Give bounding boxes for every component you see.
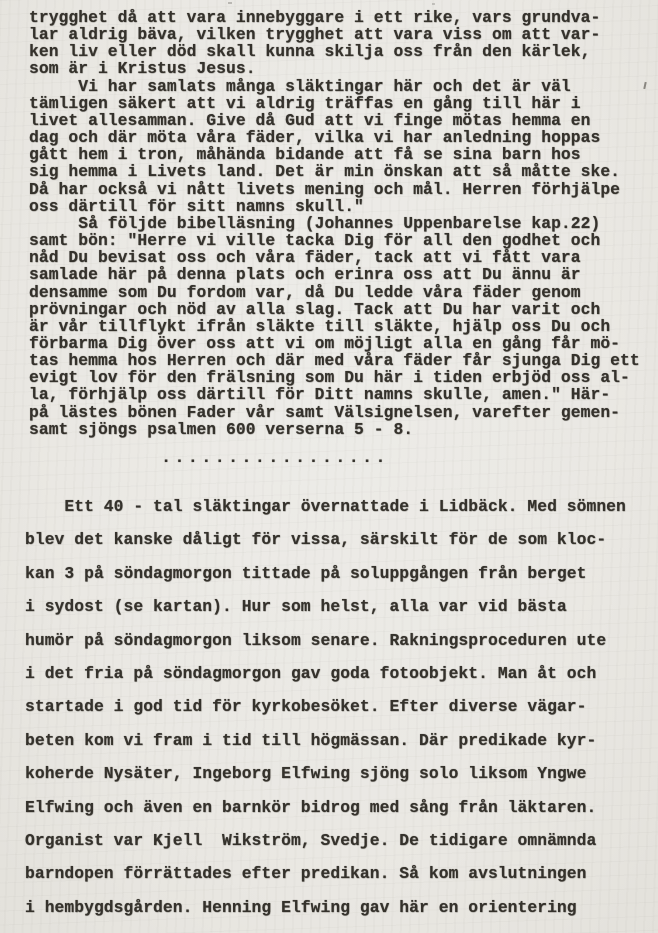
text-line: gått hem i tron, måhända bidande att få … [29, 146, 640, 163]
text-line: blev det kanske dåligt för vissa, särski… [25, 523, 626, 556]
text-line: på lästes bönen Fader vår samt Välsignel… [29, 404, 640, 421]
text-line: prövningar och nöd av alla slag. Tack at… [29, 301, 640, 318]
text-line: humör på söndagmorgon liksom senare. Rak… [25, 624, 626, 657]
text-line: Organist var Kjell Wikström, Svedje. De … [25, 824, 626, 857]
text-line: samt bön: "Herre vi ville tacka Dig för … [29, 232, 640, 249]
text-line: livet allesamman. Give då Gud att vi fin… [29, 112, 640, 129]
text-line: sig hemma i Livets land. Det är min önsk… [29, 163, 640, 180]
text-line: ken liv eller död skall kunna skilja oss… [29, 43, 640, 60]
text-line: lar aldrig bäva, vilken trygghet att var… [29, 26, 640, 43]
scanned-document-page: trygghet då att vara innebyggare i ett r… [0, 0, 658, 933]
text-line: dag och där möta våra fäder, vilka vi ha… [29, 129, 640, 146]
text-line: i hembygdsgården. Henning Elfwing gav hä… [25, 891, 626, 924]
scan-artifact [432, 3, 435, 5]
text-line: koherde Nysäter, Ingeborg Elfwing sjöng … [25, 757, 626, 790]
scan-artifact [228, 2, 232, 4]
text-line: som är i Kristus Jesus. [29, 60, 640, 77]
scan-artifact [643, 82, 646, 89]
text-line: kan 3 på söndagmorgon tittade på soluppg… [25, 557, 626, 590]
text-line: Vi har samlats många släktingar här och … [29, 78, 640, 95]
text-line: startade i god tid för kyrkobesöket. Eft… [25, 690, 626, 723]
upper-text-block: trygghet då att vara innebyggare i ett r… [29, 9, 640, 438]
text-line: Elfwing och även en barnkör bidrog med s… [25, 791, 626, 824]
text-line: i sydost (se kartan). Hur som helst, all… [25, 590, 626, 623]
text-line: la, förhjälp oss därtill för Ditt namns … [29, 386, 640, 403]
text-line: samt sjöngs psalmen 600 verserna 5 - 8. [29, 421, 640, 438]
text-line: Så följde bibelläsning (Johannes Uppenba… [29, 215, 640, 232]
text-line: beten kom vi fram i tid till högmässan. … [25, 724, 626, 757]
text-line: evigt lov för den frälsning som Du här i… [29, 369, 640, 386]
text-line: barndopen förrättades efter predikan. Så… [25, 857, 626, 890]
text-line: förbarma Dig över oss att vi om möjligt … [29, 335, 640, 352]
text-line: tämligen säkert att vi aldrig träffas en… [29, 95, 640, 112]
text-line: Då har också vi nått livets mening och m… [29, 181, 640, 198]
text-line: samlade här på denna plats och erinra os… [29, 266, 640, 283]
text-line: tas hemma hos Herren och där med våra fä… [29, 352, 640, 369]
lower-text-block: Ett 40 - tal släktingar övernattade i Li… [25, 490, 626, 924]
dotted-divider: ................. [161, 449, 389, 468]
text-line: densamme som Du fordom var, då Du ledde … [29, 284, 640, 301]
text-line: Ett 40 - tal släktingar övernattade i Li… [25, 490, 626, 523]
text-line: oss därtill för sitt namns skull." [29, 198, 640, 215]
text-line: är vår tillflykt ifrån släkte till släkt… [29, 318, 640, 335]
text-line: nåd Du bevisat oss och våra fäder, tack … [29, 249, 640, 266]
text-line: trygghet då att vara innebyggare i ett r… [29, 9, 640, 26]
text-line: i det fria på söndagmorgon gav goda foto… [25, 657, 626, 690]
